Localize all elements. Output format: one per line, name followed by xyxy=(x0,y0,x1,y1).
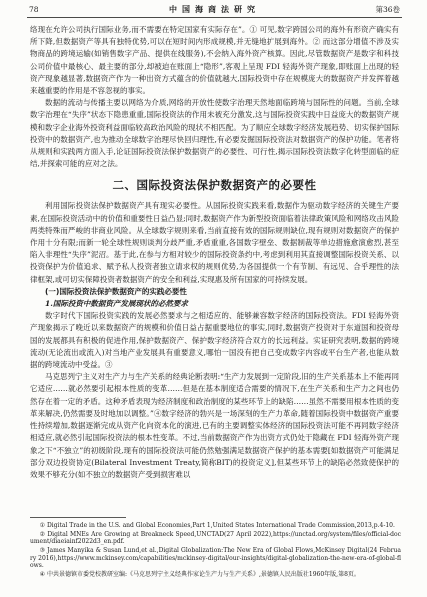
footnote-separator xyxy=(30,517,126,518)
subsection-heading: (一)国际投资法保护数据资产的实践必要性 xyxy=(30,286,399,298)
footnote-marker: ② xyxy=(40,531,46,538)
footnote-text: James Manyika & Susan Lund,et al.,Digita… xyxy=(30,547,401,569)
journal-title: 中国海商法研究 xyxy=(169,4,260,14)
paragraph-continuation: 络现在允许公司执行国际业务,而不需要在特定国家有实际存在”。① 可见,数字跨国公… xyxy=(30,24,399,97)
footnote-marker: ① xyxy=(40,522,45,529)
footnote-item: ④中共景德镇市委党校教研室编:《马克思列宁主义经典作家论生产力与生产关系》,景德… xyxy=(30,571,401,578)
volume-label: 第36卷 xyxy=(360,5,400,15)
footnote-marker: ③ xyxy=(40,547,46,554)
footnote-item: ③James Manyika & Susan Lund,et al.,Digit… xyxy=(30,547,401,569)
footnote-text: Digital MNEs Are Growing at Breakneck Sp… xyxy=(30,531,401,545)
footnote-text: Digital Trade in the U.S. and Global Eco… xyxy=(47,522,395,529)
footnotes-block: ①Digital Trade in the U.S. and Global Ec… xyxy=(30,517,401,580)
footnote-item: ①Digital Trade in the U.S. and Global Ec… xyxy=(30,522,401,529)
paragraph: 利用国际投资法保护数据资产具有现实必要性。从国际投资实践来看,数据作为驱动数字经… xyxy=(30,200,399,285)
header-rule xyxy=(27,17,402,18)
page-number: 78 xyxy=(29,5,69,15)
section-heading: 二、国际投资法保护数据资产的必要性 xyxy=(30,179,399,192)
journal-page: 78 中国海商法研究 第36卷 络现在允许公司执行国际业务,而不需要在特定国家有… xyxy=(0,0,427,597)
page-header: 78 中国海商法研究 第36卷 xyxy=(29,4,400,15)
article-body: 络现在允许公司执行国际业务,而不需要在特定国家有实际存在”。① 可见,数字跨国公… xyxy=(30,24,399,481)
paragraph: 数据的流动与传播主要以网络为介质,网络的开放性使数字治理天然地面临跨境与国际性的… xyxy=(30,97,399,170)
paragraph: 马克思列宁主义对生产力与生产关系的经典论断表明:“生产力发展到一定阶段,旧的生产… xyxy=(30,371,399,481)
footnote-item: ②Digital MNEs Are Growing at Breakneck S… xyxy=(30,531,401,546)
footnote-marker: ④ xyxy=(40,571,45,578)
item-number-heading: 1.国际投资中数据资产发展现状的必然要求 xyxy=(30,298,399,310)
footnote-text: 中共景德镇市委党校教研室编:《马克思列宁主义经典作家论生产力与生产关系》,景德镇… xyxy=(47,571,360,578)
paragraph: 数字时代下国际投资实践的发展必然要求与之相适应的、能够兼容数字经济的国际投资法。… xyxy=(30,310,399,371)
